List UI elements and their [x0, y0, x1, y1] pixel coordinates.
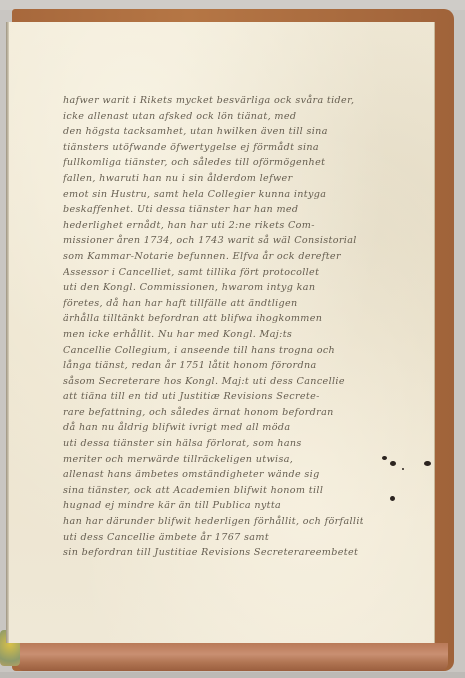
ink-spot [390, 461, 396, 466]
scan-background-bottom [0, 672, 465, 678]
text-line: allenast hans ämbetes omständigheter wän… [63, 467, 363, 483]
text-line: uti den Kongl. Commissionen, hwarom inty… [63, 280, 363, 296]
ink-spot [424, 461, 431, 466]
text-line: sin befordran till Justitiae Revisions S… [63, 545, 363, 561]
text-line: rare befattning, och således ärnat honom… [63, 405, 363, 421]
ink-spot [402, 468, 404, 470]
text-line: han har därunder blifwit hederligen förh… [63, 514, 363, 530]
text-line: företes, då han har haft tillfälle att ä… [63, 296, 363, 312]
text-line: hederlighet ernådt, han har uti 2:ne rik… [63, 218, 363, 234]
text-line: den högsta tacksamhet, utan hwilken även… [63, 124, 363, 140]
text-line: beskaffenhet. Uti dessa tiänster har han… [63, 202, 363, 218]
text-line: icke allenast utan afsked ock lön tiänat… [63, 109, 363, 125]
text-line: meriter och merwärde tillräckeligen utwi… [63, 452, 363, 468]
text-line: hafwer warit i Rikets mycket besvärliga … [63, 93, 363, 109]
text-line: tiänsters utöfwande öfwertygelse ej förm… [63, 140, 363, 156]
page-gutter [6, 22, 9, 643]
text-line: som Kammar-Notarie befunnen. Elfva år oc… [63, 249, 363, 265]
text-line: sina tiänster, ock att Academien blifwit… [63, 483, 363, 499]
text-line: fallen, hwaruti han nu i sin ålderdom le… [63, 171, 363, 187]
text-line: missioner åren 1734, och 1743 warit så w… [63, 233, 363, 249]
ink-spot [382, 456, 387, 460]
text-line: uti dess Cancellie ämbete år 1767 samt [63, 530, 363, 546]
text-line: ärhålla tilltänkt befordran att blifwa i… [63, 311, 363, 327]
text-line: uti dessa tiänster sin hälsa förlorat, s… [63, 436, 363, 452]
text-line: långa tiänst, redan år 1751 låtit honom … [63, 358, 363, 374]
text-line: då han nu åldrig blifwit ivrigt med all … [63, 420, 363, 436]
text-line: emot sin Hustru, samt hela Collegier kun… [63, 187, 363, 203]
text-line: att tiäna till en tid uti Justitiæ Revis… [63, 389, 363, 405]
text-line: men icke erhållit. Nu har med Kongl. Maj… [63, 327, 363, 343]
text-line: Cancellie Collegium, i anseende till han… [63, 343, 363, 359]
text-line: hugnad ej mindre kär än till Publica nyt… [63, 498, 363, 514]
text-line: Assessor i Cancelliet, samt tillika fört… [63, 265, 363, 281]
text-line: fullkomliga tiänster, och således till o… [63, 155, 363, 171]
handwritten-text-block: hafwer warit i Rikets mycket besvärliga … [63, 93, 363, 561]
ink-spot [390, 496, 395, 501]
book-cover-bottom-edge [18, 643, 448, 671]
text-line: såsom Secreterare hos Kongl. Maj:t uti d… [63, 374, 363, 390]
